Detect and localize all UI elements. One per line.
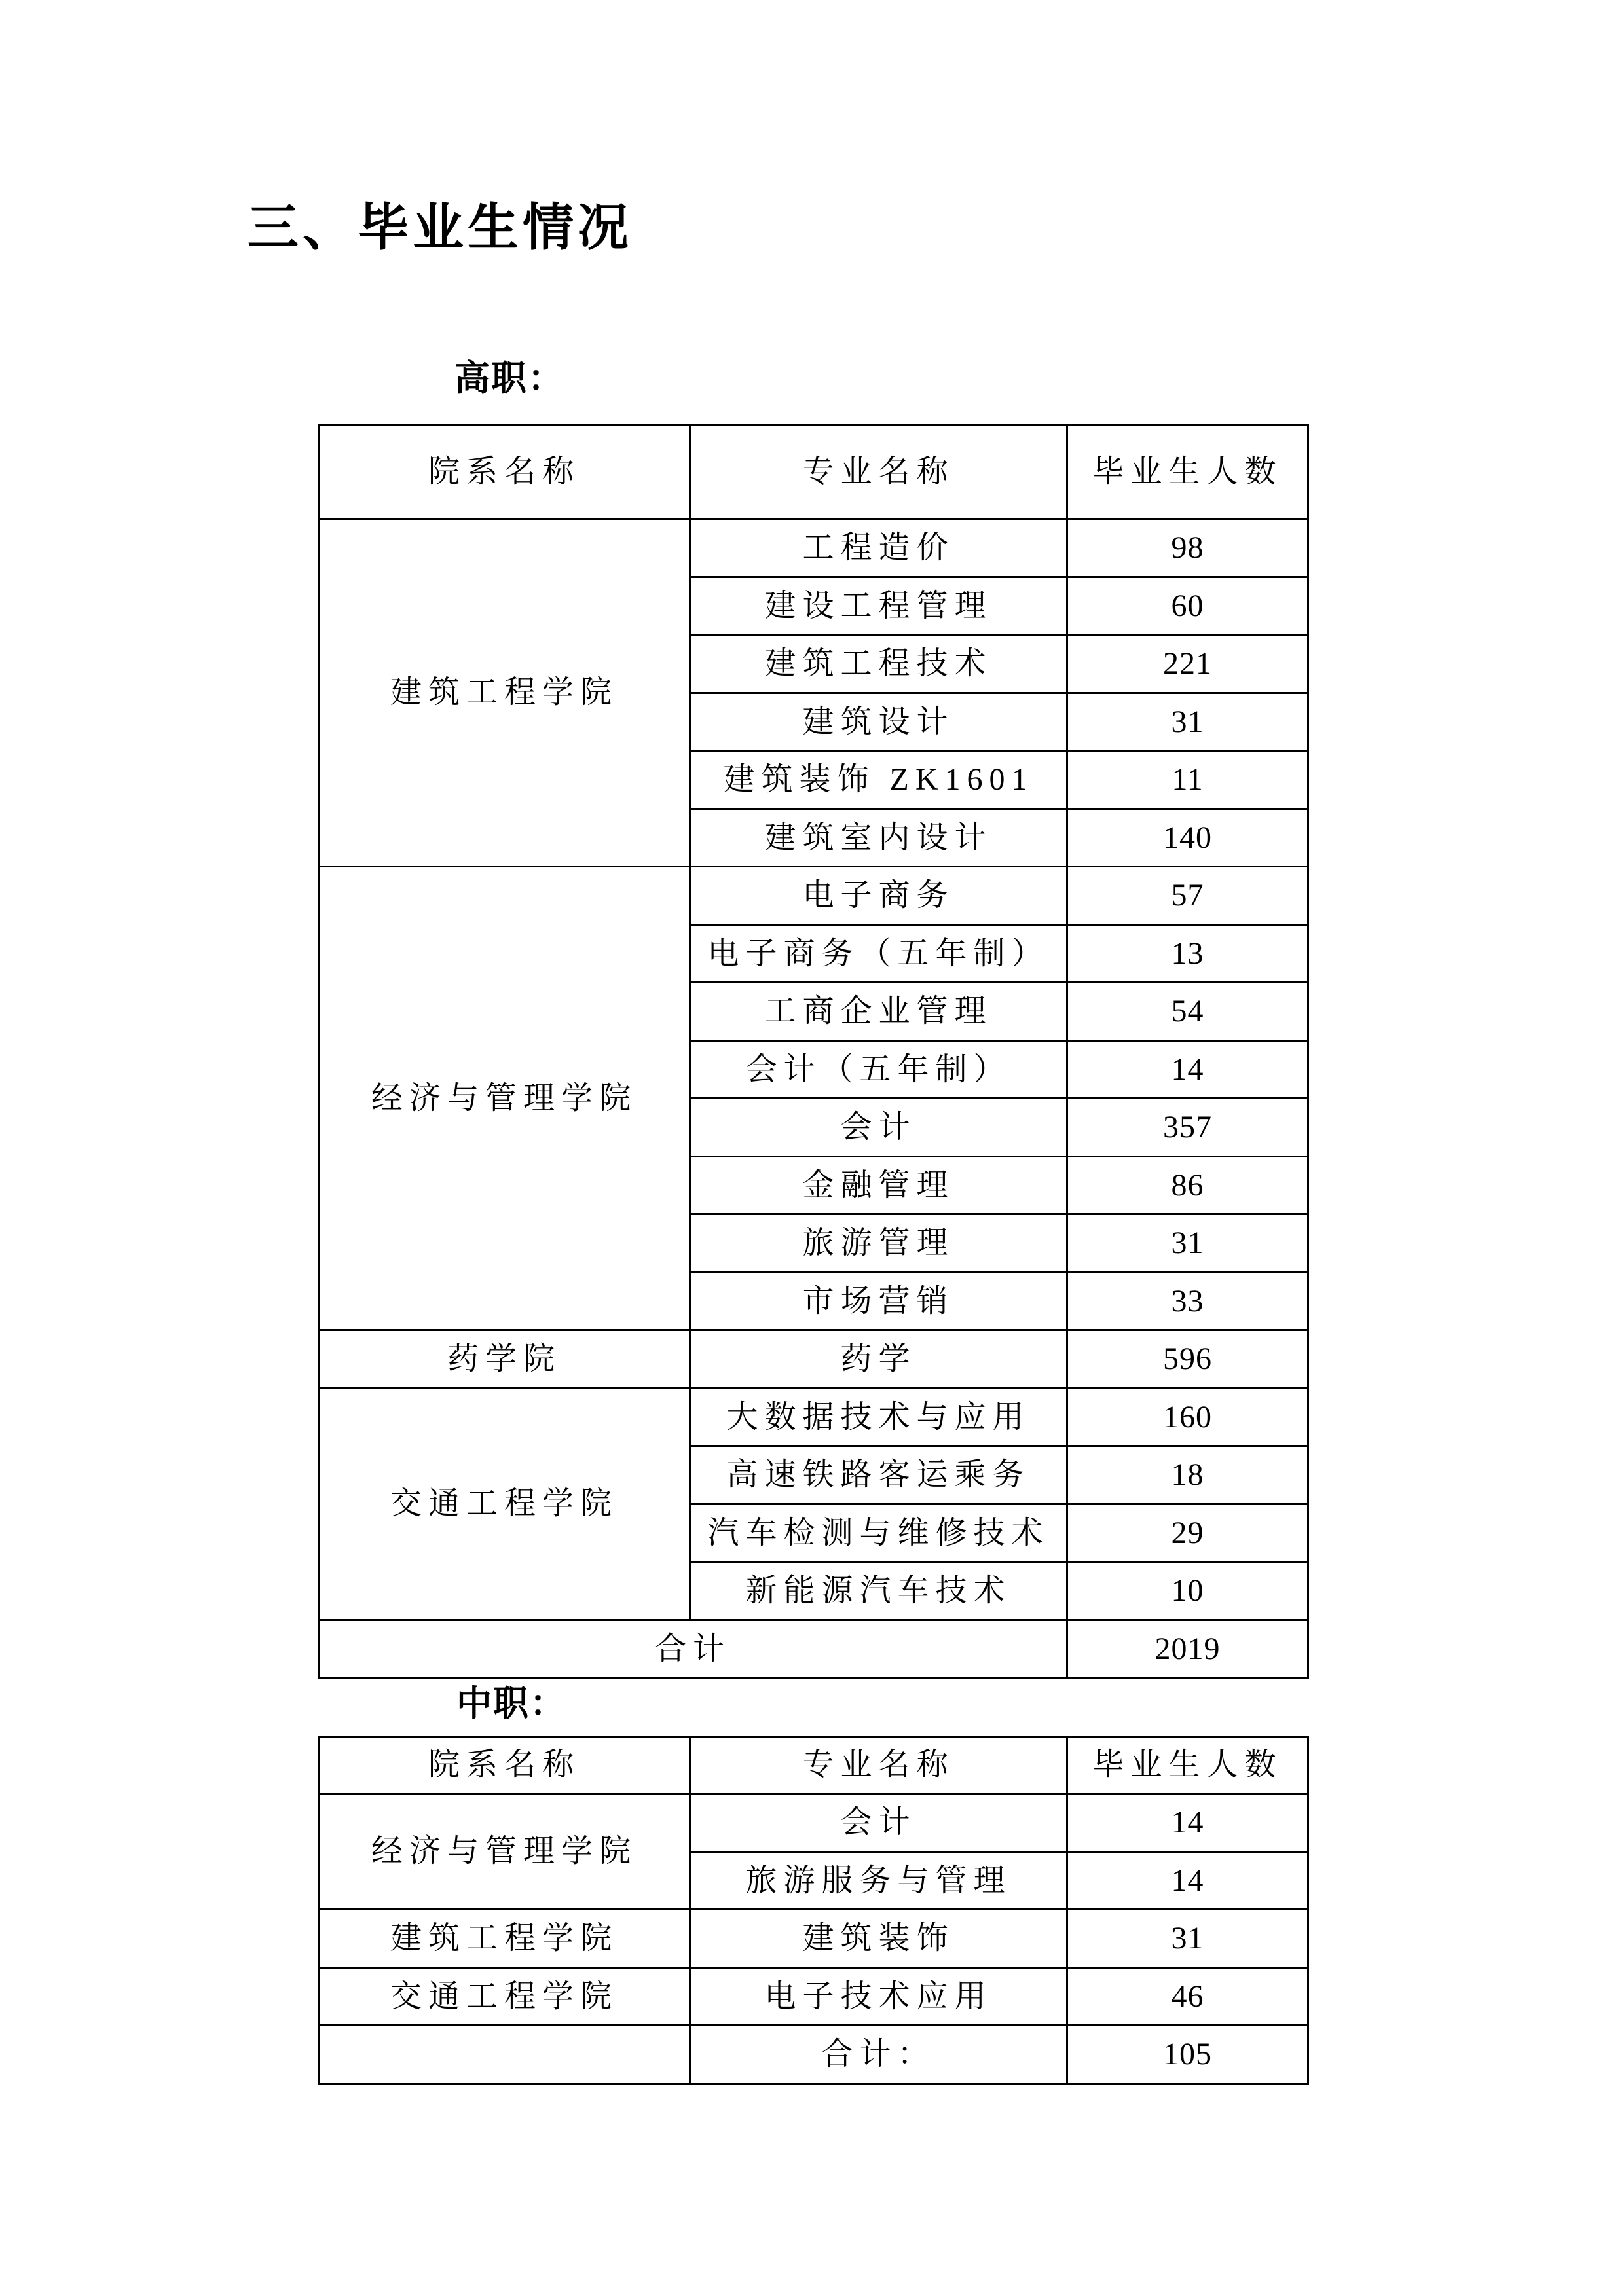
count-cell: 11 — [1067, 751, 1308, 809]
header-major: 专业名称 — [690, 1737, 1067, 1794]
major-cell: 市场营销 — [690, 1272, 1067, 1330]
zhongzhi-table: 院系名称 专业名称 毕业生人数 经济与管理学院 会计 14 旅游服务与管理 14… — [318, 1736, 1309, 2085]
count-cell: 60 — [1067, 577, 1308, 635]
table-row: 经济与管理学院 电子商务 57 — [319, 867, 1308, 925]
count-cell: 10 — [1067, 1562, 1308, 1620]
major-cell: 建筑室内设计 — [690, 809, 1067, 867]
total-value-cell: 105 — [1067, 2026, 1308, 2084]
header-college: 院系名称 — [319, 1737, 690, 1794]
college-cell: 建筑工程学院 — [319, 1910, 690, 1968]
major-cell: 建筑装饰 — [690, 1910, 1067, 1968]
major-cell: 大数据技术与应用 — [690, 1388, 1067, 1446]
major-cell: 建设工程管理 — [690, 577, 1067, 635]
major-cell: 工商企业管理 — [690, 983, 1067, 1041]
table-header-row: 院系名称 专业名称 毕业生人数 — [319, 1737, 1308, 1794]
major-cell: 建筑设计 — [690, 693, 1067, 751]
count-cell: 13 — [1067, 924, 1308, 983]
major-cell: 新能源汽车技术 — [690, 1562, 1067, 1620]
count-cell: 357 — [1067, 1099, 1308, 1157]
count-cell: 31 — [1067, 1910, 1308, 1968]
major-cell: 工程造价 — [690, 519, 1067, 577]
table-header-row: 院系名称 专业名称 毕业生人数 — [319, 426, 1308, 519]
gaozhi-label: 高职： — [454, 361, 564, 396]
count-cell: 18 — [1067, 1446, 1308, 1504]
table-row: 药学院 药学 596 — [319, 1330, 1308, 1389]
major-cell: 汽车检测与维修技术 — [690, 1504, 1067, 1562]
empty-cell — [319, 2026, 690, 2084]
count-cell: 98 — [1067, 519, 1308, 577]
count-cell: 14 — [1067, 1851, 1308, 1910]
header-count: 毕业生人数 — [1067, 426, 1308, 519]
count-cell: 14 — [1067, 1794, 1308, 1852]
count-cell: 31 — [1067, 1214, 1308, 1273]
header-college: 院系名称 — [319, 426, 690, 519]
count-cell: 46 — [1067, 1967, 1308, 2026]
major-cell: 电子商务（五年制） — [690, 924, 1067, 983]
major-cell: 电子技术应用 — [690, 1967, 1067, 2026]
table-row: 交通工程学院 大数据技术与应用 160 — [319, 1388, 1308, 1446]
college-cell: 经济与管理学院 — [319, 867, 690, 1330]
major-cell: 建筑工程技术 — [690, 635, 1067, 693]
count-cell: 33 — [1067, 1272, 1308, 1330]
college-cell: 交通工程学院 — [319, 1388, 690, 1620]
total-value-cell: 2019 — [1067, 1620, 1308, 1678]
table-row: 经济与管理学院 会计 14 — [319, 1794, 1308, 1852]
major-cell: 电子商务 — [690, 867, 1067, 925]
count-cell: 29 — [1067, 1504, 1308, 1562]
count-cell: 31 — [1067, 693, 1308, 751]
major-cell: 高速铁路客运乘务 — [690, 1446, 1067, 1504]
header-count: 毕业生人数 — [1067, 1737, 1308, 1794]
zhongzhi-label: 中职： — [456, 1686, 566, 1721]
count-cell: 14 — [1067, 1040, 1308, 1099]
count-cell: 160 — [1067, 1388, 1308, 1446]
total-label-cell: 合计 — [319, 1620, 1067, 1678]
major-cell: 会计（五年制） — [690, 1040, 1067, 1099]
count-cell: 140 — [1067, 809, 1308, 867]
major-cell: 会计 — [690, 1794, 1067, 1852]
college-cell: 交通工程学院 — [319, 1967, 690, 2026]
document-page: 三、毕业生情况 高职： 院系名称 专业名称 毕业生人数 建筑工程学院 工程造价 … — [0, 0, 1624, 2296]
total-row: 合计： 105 — [319, 2026, 1308, 2084]
college-cell: 经济与管理学院 — [319, 1794, 690, 1910]
major-cell: 会计 — [690, 1099, 1067, 1157]
college-cell: 建筑工程学院 — [319, 519, 690, 867]
header-major: 专业名称 — [690, 426, 1067, 519]
table-row: 建筑工程学院 建筑装饰 31 — [319, 1910, 1308, 1968]
page-title: 三、毕业生情况 — [248, 200, 633, 256]
major-cell: 旅游管理 — [690, 1214, 1067, 1273]
college-cell: 药学院 — [319, 1330, 690, 1389]
table-row: 建筑工程学院 工程造价 98 — [319, 519, 1308, 577]
count-cell: 221 — [1067, 635, 1308, 693]
major-cell: 药学 — [690, 1330, 1067, 1389]
table-row: 交通工程学院 电子技术应用 46 — [319, 1967, 1308, 2026]
major-cell: 建筑装饰 ZK1601 — [690, 751, 1067, 809]
count-cell: 86 — [1067, 1156, 1308, 1214]
total-label-cell: 合计： — [690, 2026, 1067, 2084]
count-cell: 54 — [1067, 983, 1308, 1041]
major-cell: 金融管理 — [690, 1156, 1067, 1214]
count-cell: 57 — [1067, 867, 1308, 925]
total-row: 合计 2019 — [319, 1620, 1308, 1678]
gaozhi-table: 院系名称 专业名称 毕业生人数 建筑工程学院 工程造价 98 建设工程管理 60… — [318, 424, 1309, 1679]
major-cell: 旅游服务与管理 — [690, 1851, 1067, 1910]
count-cell: 596 — [1067, 1330, 1308, 1389]
